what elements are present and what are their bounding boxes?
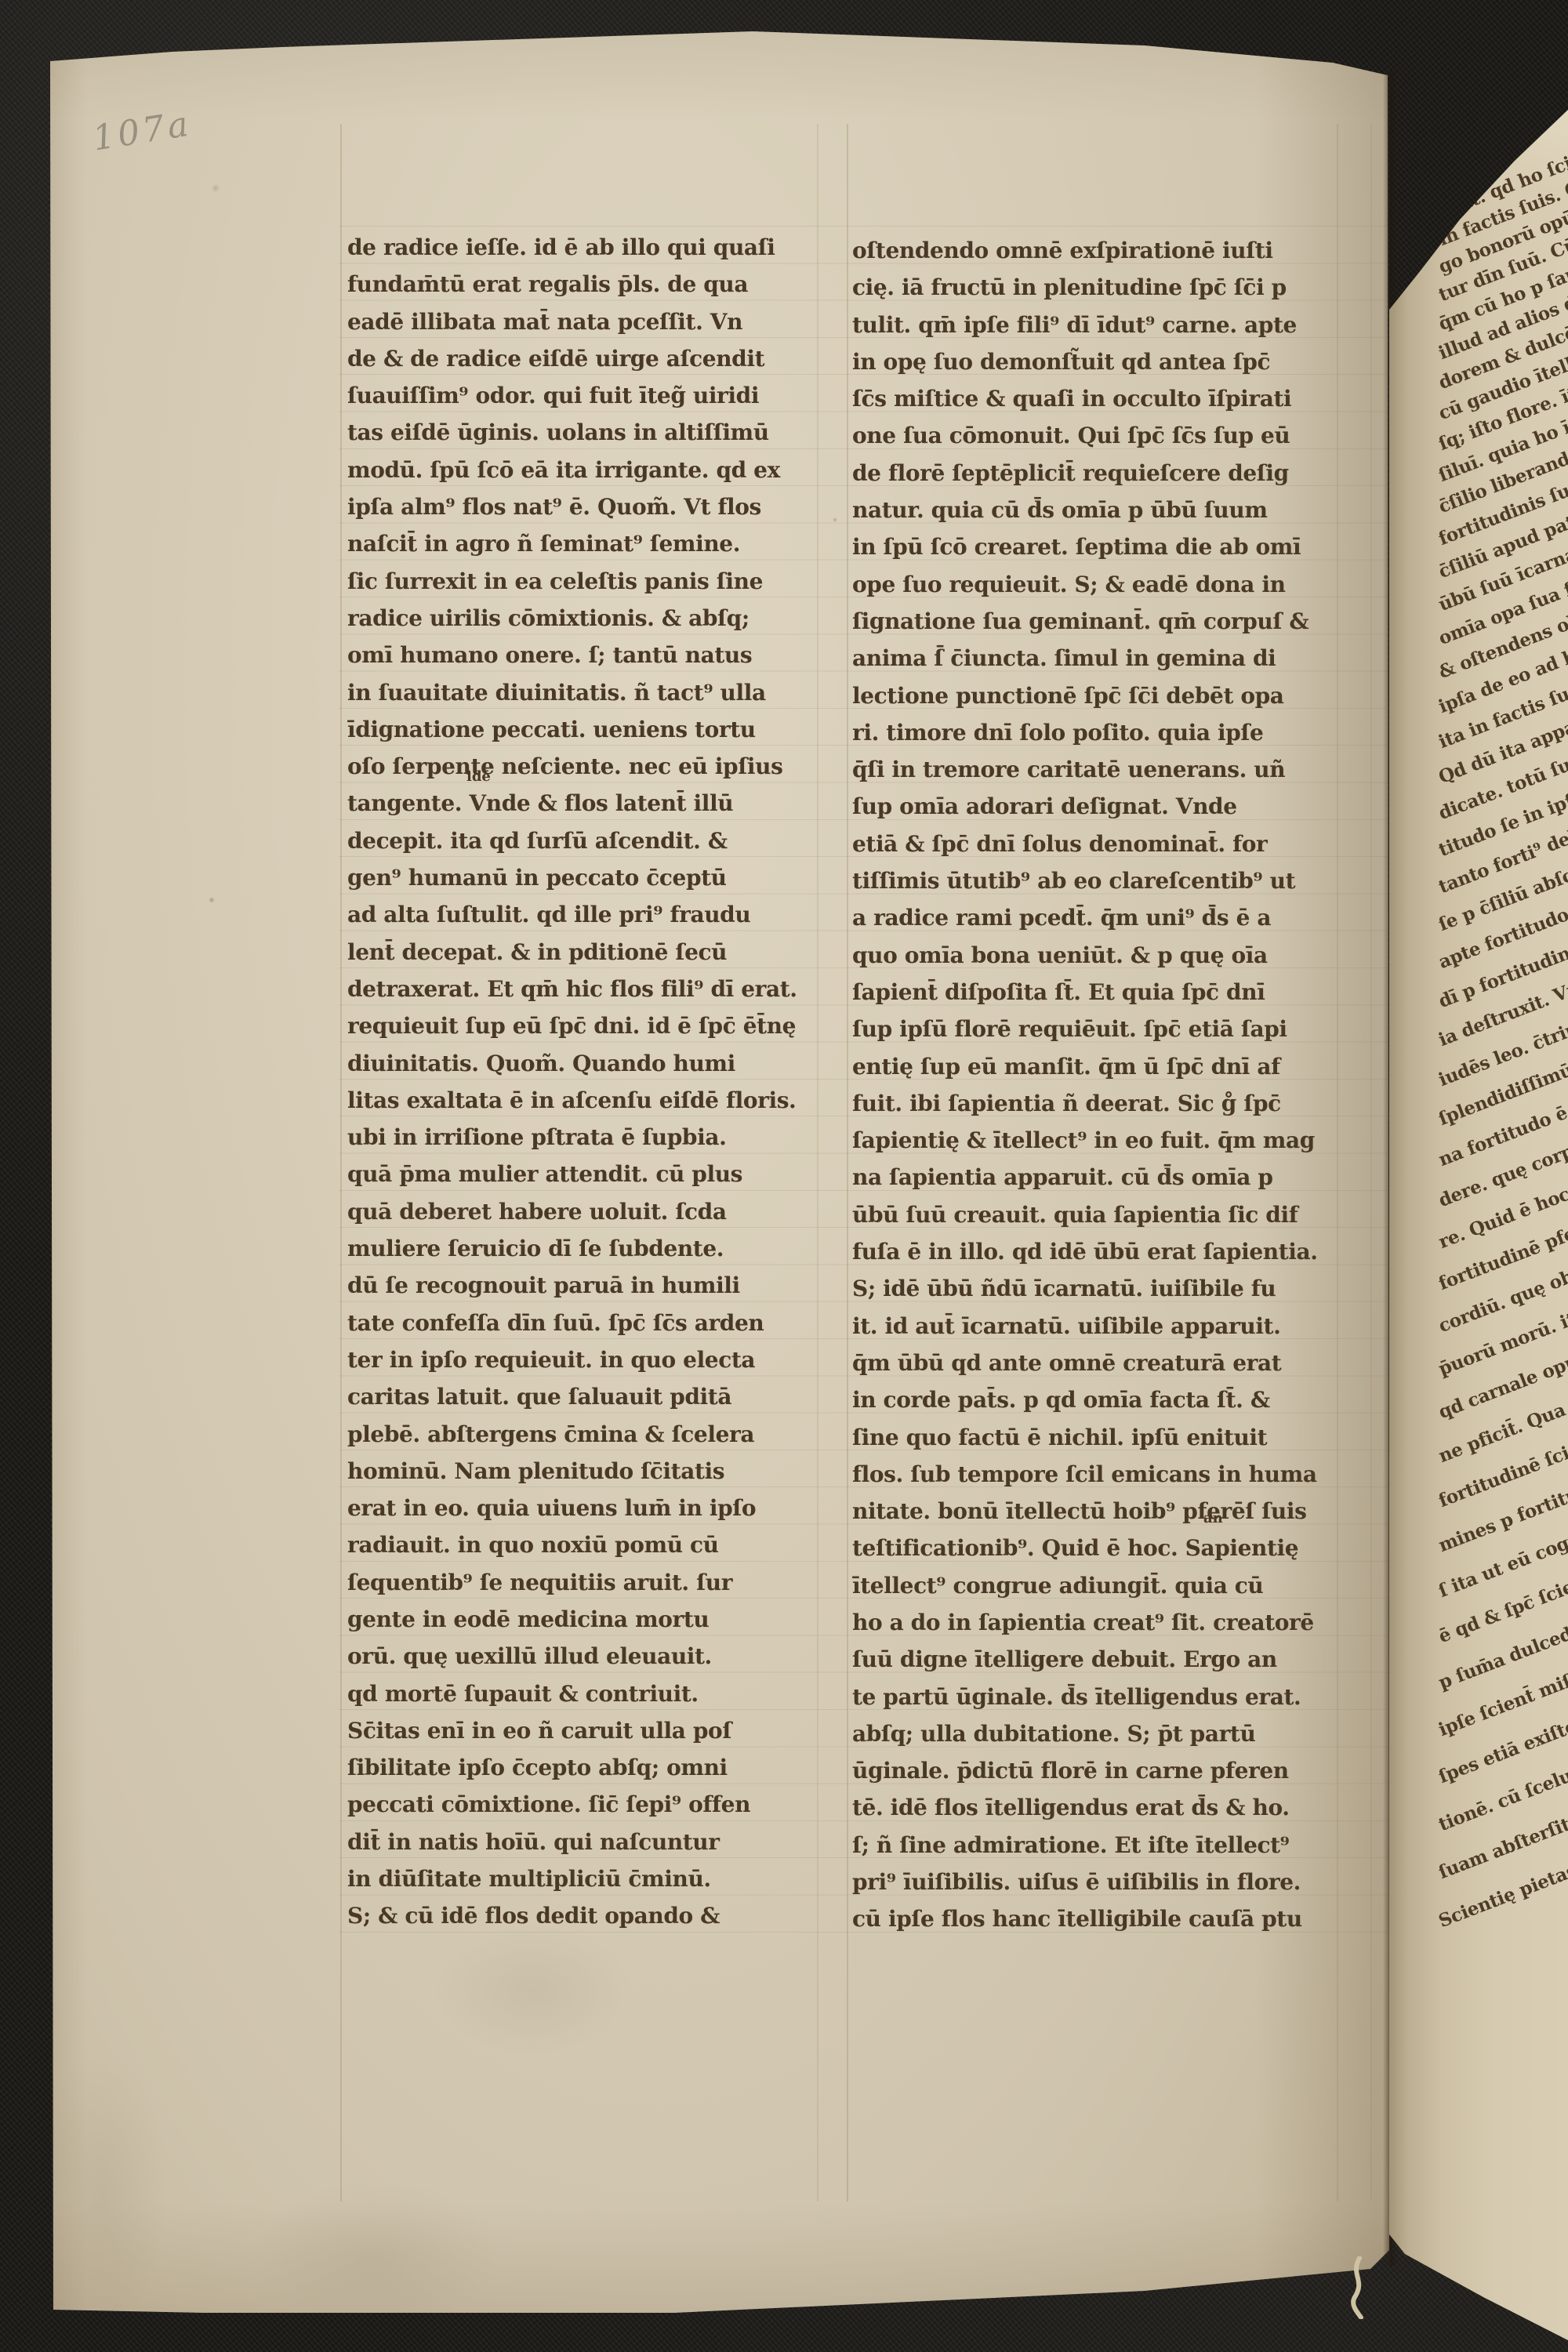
text-line: ubi in irriſione pſtrata ē ſupbia.: [347, 1119, 837, 1156]
text-line: S; & cū idē flos dedit opando &: [347, 1897, 837, 1934]
text-line: ſ; ñ ſine admiratione. Et iſte ītellect⁹: [852, 1827, 1342, 1864]
text-line: natur. quia cū d̄s omīa p ūbū ſuum: [852, 492, 1342, 528]
text-line: īdignatione peccati. ueniens tortu: [347, 711, 837, 748]
text-line: tiſſimis ūtutib⁹ ab eo clareſcentib⁹ ut: [852, 862, 1342, 899]
text-line: ſibilitate ipſo c̄cepto abſq; omni: [347, 1749, 837, 1786]
text-line: de & de radice eiſdē uirge aſcendit: [347, 340, 837, 377]
text-line: tē. idē flos ītelligendus erat d̄s & ho.: [852, 1789, 1342, 1826]
text-line: anima ſ̄ c̄iuncta. ſimul in gemina di: [852, 640, 1342, 677]
text-line: omī humano onere. ſ; tantū natus: [347, 637, 837, 673]
text-line: quā deberet habere uoluit. ſcda: [347, 1193, 837, 1230]
text-line: decepit. ita qd ſurſū aſcendit. &: [347, 822, 837, 859]
text-line: diuinitatis. Quom̃. Quando humi: [347, 1045, 837, 1082]
text-line: ſine quo factū ē nichil. ipſū enituit: [852, 1419, 1342, 1456]
text-line: in ſpū ſcō crearet. ſeptima die ab omī: [852, 528, 1342, 565]
text-line: a radice rami pcedt̄. q̄m uni⁹ d̄s ē a: [852, 899, 1342, 936]
text-line: cū ipſe flos hanc ītelligibile cauſā ptu: [852, 1900, 1342, 1937]
text-line: lent̄ decepat. & in pditionē ſecū: [347, 934, 837, 971]
text-line: ſequentib⁹ ſe nequitiis aruit. ſur: [347, 1564, 837, 1601]
text-line: oſo ſerpente neſciente. nec eū ipſius: [347, 748, 837, 785]
text-line: fuſa ē in illo. qd idē ūbū erat ſapienti…: [852, 1233, 1342, 1270]
text-line: in opę ſuo demonſt̃uit qd antea ſpc̄: [852, 343, 1342, 380]
text-line: radiauit. in quo noxiū pomū cū: [347, 1526, 837, 1563]
right-page-edge: tulit. qd ho ſcit ſapiein factis ſuis. Q…: [1389, 102, 1568, 2344]
left-page: 107a idē de radice ieſſe. id ē ab illo q…: [47, 30, 1389, 2316]
text-line: flos. ſub tempore ſcil emicans in huma: [852, 1456, 1342, 1493]
ruling-line-vertical: [1370, 124, 1372, 2201]
text-line: caritas latuit. que ſaluauit pditā: [347, 1378, 837, 1415]
text-line: pri⁹ īuiſibilis. uiſus ē uiſibilis in fl…: [852, 1864, 1342, 1900]
text-line: abſq; ulla dubitatione. S; p̄t partū: [852, 1715, 1342, 1752]
text-column-1: idē de radice ieſſe. id ē ab illo qui qu…: [347, 229, 837, 1935]
text-line: Sc̄itas enī in eo ñ caruit ulla poſ: [347, 1712, 837, 1749]
text-line: ūbū ſuū creauit. quia ſapientia ſic dif: [852, 1196, 1342, 1233]
text-line: gente in eodē medicina mortu: [347, 1601, 837, 1638]
text-line: oſtendendo omnē exſpirationē iuſti: [852, 232, 1342, 269]
text-line: radice uirilis cōmixtionis. & abſq;: [347, 600, 837, 637]
text-line: fundam̄tū erat regalis p̄ls. de qua: [347, 266, 837, 303]
text-line: ſup ipſū florē requiēuit. ſpc̄ etiā ſapi: [852, 1011, 1342, 1047]
text-line: ſapientię & ītellect⁹ in eo fuit. q̄m ma…: [852, 1122, 1342, 1159]
text-line: na ſapientia apparuit. cū d̄s omīa p: [852, 1159, 1342, 1196]
text-line: dū ſe recognouit paruā in humili: [347, 1267, 837, 1304]
text-line: peccati cōmixtione. ſic̄ ſepi⁹ offen: [347, 1786, 837, 1823]
text-line: ter in ipſo requieuit. in quo electa: [347, 1341, 837, 1378]
text-line: etiā & ſpc̄ dnī ſolus denominat̄. for: [852, 826, 1342, 862]
text-line: ſignatione ſua geminant̄. qm̄ corpuſ &: [852, 603, 1342, 640]
text-line: quā p̄ma mulier attendit. cū plus: [347, 1156, 837, 1192]
text-line: erat in eo. quia uiuens lum̄ in ipſo: [347, 1490, 837, 1526]
text-line: ſc̄s miſtice & quaſi in occulto īſpirati: [852, 380, 1342, 417]
text-line: te partū ūginale. d̄s ītelligendus erat.: [852, 1679, 1342, 1715]
text-line: requieuit ſup eū ſpc̄ dni. id ē ſpc̄ ēt̄…: [347, 1007, 837, 1044]
text-line: ītellect⁹ congrue adiungit̄. quia cū: [852, 1567, 1342, 1604]
ruling-line-vertical: [847, 124, 848, 2201]
text-line: ſuauiſſim⁹ odor. qui fuit īteg̃ uiridi: [347, 377, 837, 414]
text-line: lectione punctionē ſpc̄ ſc̄i debēt opa: [852, 677, 1342, 714]
text-line: de florē ſeptēplicit̄ requieſcere deſig: [852, 455, 1342, 492]
text-line: litas exaltata ē in aſcenſu eiſdē floris…: [347, 1082, 837, 1119]
text-line: quo omīa bona ueniūt. & p quę oīa: [852, 937, 1342, 974]
interlinear-gloss: idē: [466, 770, 491, 784]
text-line: it. id aut̄ īcarnatū. uiſibile apparuit.: [852, 1308, 1342, 1345]
text-line: cię. iā fructū in plenitudine ſpc̄ ſc̄i …: [852, 269, 1342, 306]
folio-number: 107a: [90, 103, 194, 158]
text-line: ſuū digne ītelligere debuit. Ergo an: [852, 1641, 1342, 1678]
text-line: tas eiſdē ūginis. uolans in altiſſimū: [347, 414, 837, 451]
text-line: gen⁹ humanū in peccato c̄ceptū: [347, 859, 837, 896]
text-line: eadē illibata mat̄ nata pceſſit. Vn: [347, 303, 837, 340]
text-line: entię ſup eū manſit. q̄m ū ſpc̄ dnī af: [852, 1048, 1342, 1085]
ruling-line-vertical: [340, 124, 342, 2201]
text-line: ipſa alm⁹ flos nat⁹ ē. Quom̃. Vt flos: [347, 488, 837, 525]
text-line: ho a do in ſapientia creat⁹ ſit. creator…: [852, 1604, 1342, 1641]
text-line: naſcit̄ in agro ñ ſeminat⁹ ſemine.: [347, 525, 837, 562]
text-line: tangente. Vnde & flos latent̄ illū: [347, 785, 837, 822]
manuscript-photo: 107a idē de radice ieſſe. id ē ab illo q…: [0, 0, 1568, 2352]
text-line: hominū. Nam plenitudo ſc̄itatis: [347, 1453, 837, 1490]
interlinear-gloss: an̄: [1203, 1512, 1223, 1526]
text-line: fuit. ibi ſapientia ñ deerat. Sic g̊ ſpc…: [852, 1085, 1342, 1122]
text-line: in diūſitate multipliciū c̄minū.: [347, 1860, 837, 1897]
text-line: one ſua cōmonuit. Qui ſpc̄ ſc̄s ſup eū: [852, 417, 1342, 454]
text-line: modū. ſpū ſcō eā ita irrigante. qd ex: [347, 452, 837, 488]
text-line: orū. quę uexillū illud eleuauit.: [347, 1638, 837, 1675]
text-line: muliere ſeruicio dī ſe ſubdente.: [347, 1230, 837, 1267]
text-line: ri. timore dnī ſolo poſito. quia ipſe: [852, 714, 1342, 751]
text-line: ſapient̄ diſpoſita ſt̄. Et quia ſpc̄ dnī: [852, 974, 1342, 1011]
text-line: S; idē ūbū ñdū īcarnatū. iuiſibile fu: [852, 1270, 1342, 1307]
text-line: ſic ſurrexit in ea celeſtis panis ſine: [347, 563, 837, 600]
text-line: nitate. bonū ītellectū hoib⁹ pferēſ ſuis: [852, 1493, 1342, 1530]
text-line: dit̄ in natis hoīū. qui naſcuntur: [347, 1824, 837, 1860]
text-line: q̄ſi in tremore caritatē uenerans. uñ: [852, 751, 1342, 788]
binding-thread: [1338, 2256, 1385, 2319]
text-line: q̄m ūbū qd ante omnē creaturā erat: [852, 1345, 1342, 1381]
text-column-2: an̄ oſtendendo omnē exſpirationē iuſtici…: [852, 232, 1342, 1938]
text-line: de radice ieſſe. id ē ab illo qui quaſi: [347, 229, 837, 266]
text-line: tulit. qm̄ ipſe fili⁹ dī īdut⁹ carne. ap…: [852, 307, 1342, 343]
text-line: tate confeſſa dīn ſuū. ſpc̄ ſc̄s arden: [347, 1305, 837, 1341]
text-line: ūginale. p̄dictū florē in carne pferen: [852, 1752, 1342, 1789]
text-line: ope ſuo requieuit. S; & eadē dona in: [852, 566, 1342, 603]
text-line: in ſuauitate diuinitatis. ñ tact⁹ ulla: [347, 674, 837, 711]
text-line: in corde pat̄s. p qd omīa facta ſt̄. &: [852, 1381, 1342, 1418]
text-line: teſtificationib⁹. Quid ē hoc. Sapientię: [852, 1530, 1342, 1566]
text-line: detraxerat. Et qm̄ hic flos fili⁹ dī era…: [347, 971, 837, 1007]
text-line: qd mortē ſupauit & contriuit.: [347, 1675, 837, 1712]
text-line: ſup omīa adorari deſignat. Vnde: [852, 788, 1342, 825]
text-line: ad alta ſuſtulit. qd ille pri⁹ fraudu: [347, 896, 837, 933]
text-line: plebē. abſtergens c̄mina & ſcelera: [347, 1416, 837, 1453]
